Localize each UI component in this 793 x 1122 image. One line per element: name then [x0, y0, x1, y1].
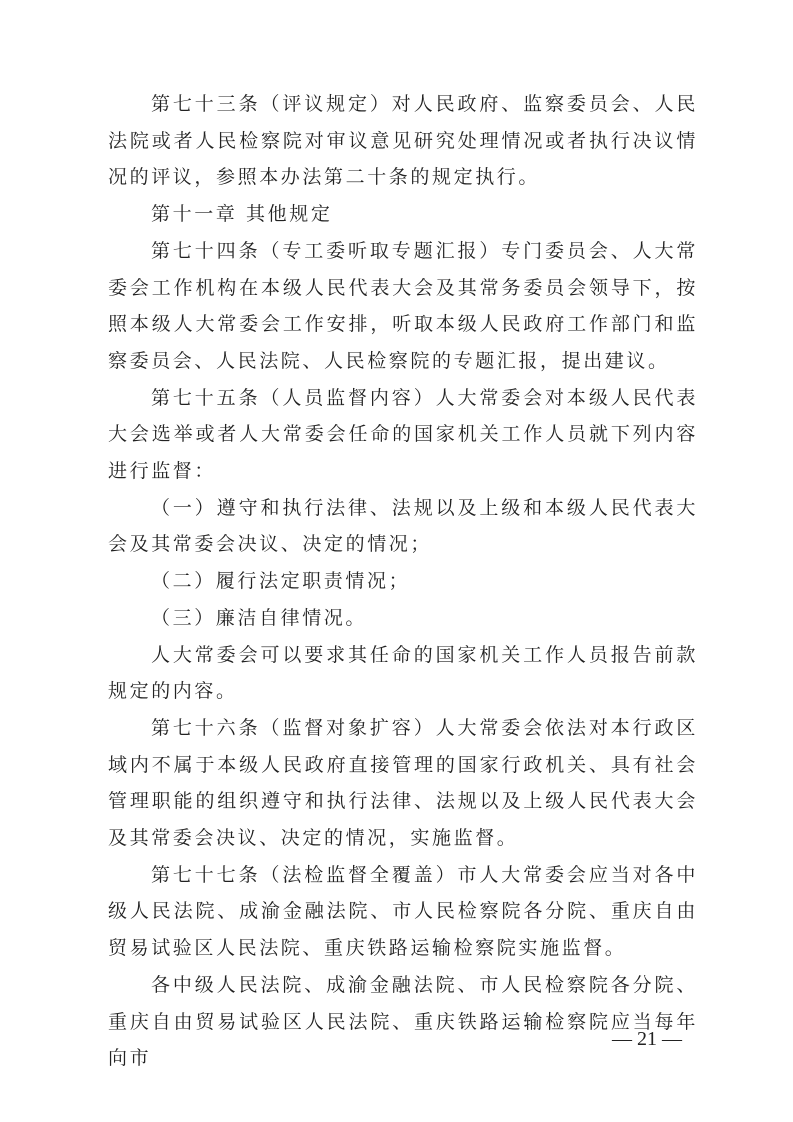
article-75: 第七十五条（人员监督内容）人大常委会对本级人民代表大会选举或者人大常委会任命的国…	[108, 380, 698, 490]
article-77: 第七十七条（法检监督全覆盖）市人大常委会应当对各中级人民法院、成渝金融法院、市人…	[108, 857, 698, 967]
page-number: — 21 —	[612, 1028, 682, 1051]
article-73: 第七十三条（评议规定）对人民政府、监察委员会、人民法院或者人民检察院对审议意见研…	[108, 86, 698, 196]
chapter-heading: 第十一章 其他规定	[108, 196, 698, 233]
article-75-item-3: （三）廉洁自律情况。	[108, 600, 698, 637]
article-76: 第七十六条（监督对象扩容）人大常委会依法对本行政区域内不属于本级人民政府直接管理…	[108, 710, 698, 857]
article-75-paragraph-2: 人大常委会可以要求其任命的国家机关工作人员报告前款规定的内容。	[108, 637, 698, 710]
document-body: 第七十三条（评议规定）对人民政府、监察委员会、人民法院或者人民检察院对审议意见研…	[108, 86, 698, 1077]
article-75-item-2: （二）履行法定职责情况；	[108, 563, 698, 600]
article-77-paragraph-2: 各中级人民法院、成渝金融法院、市人民检察院各分院、重庆自由贸易试验区人民法院、重…	[108, 967, 698, 1077]
article-75-item-1: （一）遵守和执行法律、法规以及上级和本级人民代表大会及其常委会决议、决定的情况；	[108, 490, 698, 563]
article-74: 第七十四条（专工委听取专题汇报）专门委员会、人大常委会工作机构在本级人民代表大会…	[108, 233, 698, 380]
